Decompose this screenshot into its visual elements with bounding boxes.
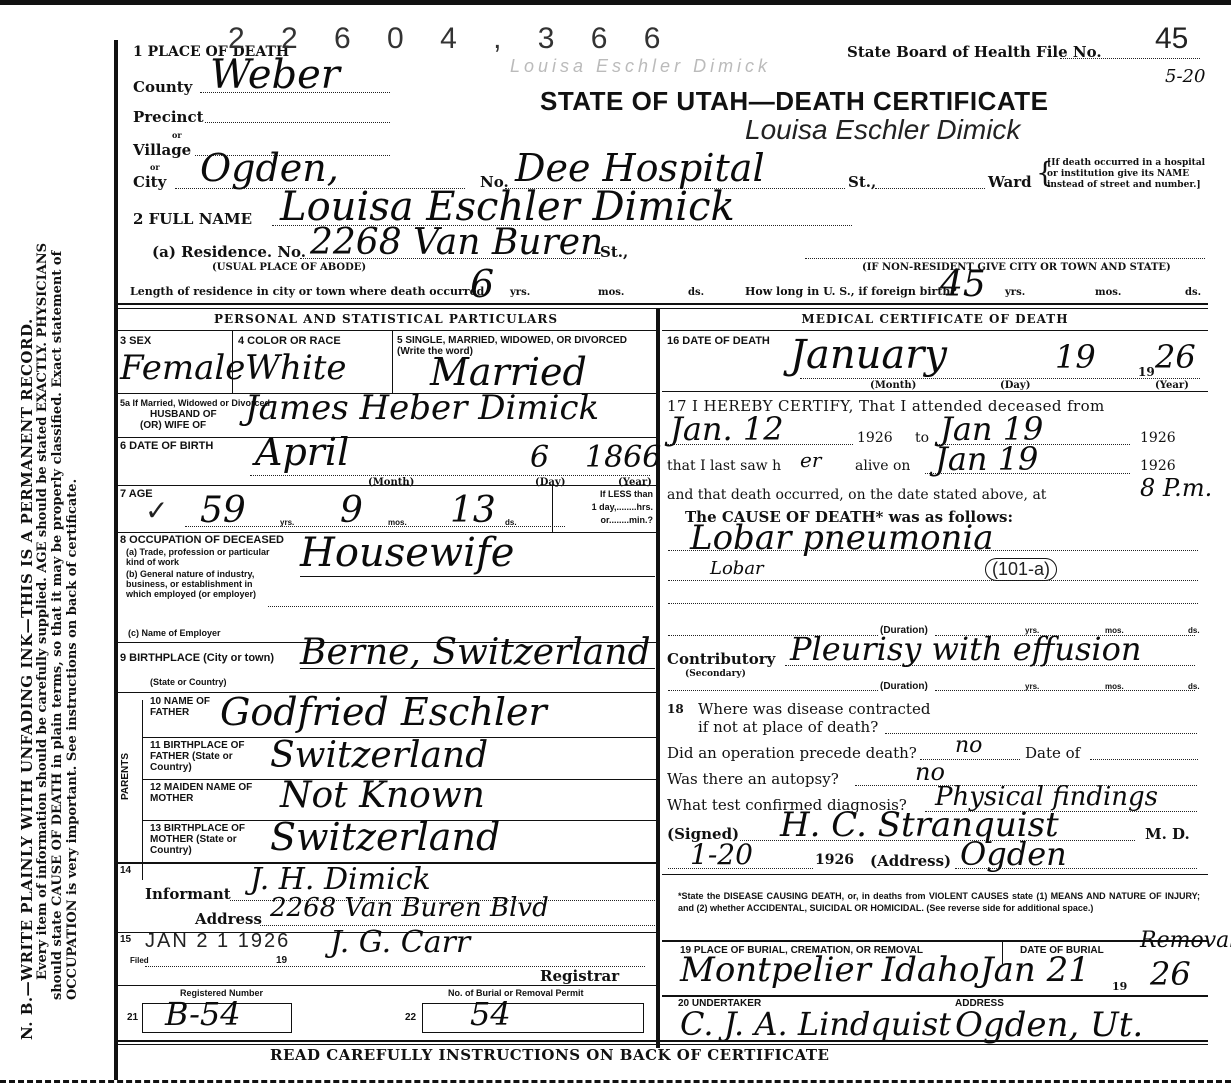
- non-resident-caption: (IF NON-RESIDENT GIVE CITY OR TOWN AND S…: [862, 262, 1171, 273]
- cause-value: Lobar pneumonia: [690, 518, 994, 558]
- physician-address-value: Ogden: [960, 835, 1067, 873]
- stamp-number: 2 2 6 0 4 , 3 6 6: [228, 22, 675, 56]
- residence-value: 2268 Van Buren: [310, 222, 603, 263]
- secondary-label: (Secondary): [685, 669, 746, 679]
- annotation-name: Louisa Eschler Dimick: [745, 114, 1020, 146]
- race-label: 4 COLOR OR RACE: [238, 335, 341, 347]
- length-years-value: 6: [470, 262, 494, 306]
- dod-year-prefix: 19: [1138, 365, 1155, 379]
- filed-19-label: 19: [276, 955, 287, 966]
- informant-address-value: 2268 Van Buren Blvd: [270, 893, 549, 923]
- full-name-label: 2 FULL NAME: [133, 210, 252, 228]
- side-notice-line-1: N. B.—WRITE PLAINLY WITH UNFADING INK—TH…: [20, 30, 35, 1040]
- less-than-line-3: or........min.?: [557, 514, 653, 527]
- day-caption: (Day): [1000, 380, 1030, 391]
- month-caption: (Month): [870, 380, 916, 391]
- father-birthplace-value: Switzerland: [270, 735, 488, 776]
- city-label: City: [133, 173, 166, 191]
- sign-year-value: 1926: [815, 852, 854, 868]
- item-22-label: 22: [405, 1012, 416, 1023]
- contributory-value: Pleurisy with effusion: [790, 630, 1142, 668]
- burial-date-value: Jan 21: [980, 950, 1090, 990]
- st-label: St.,: [600, 243, 628, 261]
- father-birthplace-label: 11 BIRTHPLACE OF FATHER (State or Countr…: [150, 740, 265, 773]
- spouse-value: James Heber Dimick: [245, 388, 599, 428]
- ds-label: ds.: [1185, 287, 1201, 298]
- undertaker-address-value: Ogden, Ut.: [955, 1005, 1143, 1045]
- permit-label: No. of Burial or Removal Permit: [448, 988, 584, 998]
- top-border: [0, 0, 1231, 5]
- ds-label: ds.: [688, 287, 704, 298]
- date-of-label: Date of: [1025, 744, 1080, 762]
- item-18-label: 18: [667, 702, 684, 716]
- or-label: or: [172, 130, 182, 140]
- annotation-top: 5-20: [1165, 66, 1205, 87]
- ds-label: ds.: [505, 518, 517, 527]
- file-no: 45: [1155, 22, 1188, 56]
- mother-value: Not Known: [280, 775, 485, 816]
- item-15-label: 15: [120, 934, 131, 945]
- race-value: White: [245, 348, 347, 388]
- side-notice-line-4: OCCUPATION is very important. See instru…: [65, 30, 80, 1040]
- birthplace-value: Berne, Switzerland: [300, 632, 651, 673]
- day-caption: (Day): [535, 477, 565, 488]
- dod-label: 16 DATE OF DEATH: [667, 335, 770, 347]
- us-residence-label: How long in U. S., if foreign birth?: [745, 285, 957, 298]
- burial-year-value: 26: [1150, 955, 1191, 993]
- or-label: or: [150, 162, 160, 172]
- side-notice-line-2: Every item of information should be care…: [35, 30, 50, 1040]
- less-than-day: If LESS than 1 day,........hrs. or......…: [557, 488, 653, 527]
- residence-label: (a) Residence. No.: [152, 243, 306, 261]
- yrs-label: yrs.: [1025, 682, 1039, 691]
- year-caption: (Year): [1155, 380, 1189, 391]
- informant-value: J. H. Dimick: [250, 862, 431, 897]
- dod-month-value: January: [790, 332, 947, 378]
- father-value: Godfried Eschler: [220, 690, 547, 734]
- operation-label: Did an operation precede death?: [667, 744, 917, 762]
- attended-from-year: 1926: [857, 430, 893, 446]
- footer-instructions: READ CAREFULLY INSTRUCTIONS ON BACK OF C…: [270, 1046, 829, 1064]
- frame-left-border: [114, 40, 118, 1080]
- undertaker-value: C. J. A. Lindquist: [680, 1005, 951, 1043]
- mos-label: mos.: [598, 287, 624, 298]
- permit-number-box: [422, 1003, 644, 1033]
- dob-label: 6 DATE OF BIRTH: [120, 440, 213, 452]
- mos-label: mos.: [388, 518, 407, 527]
- md-label: M. D.: [1145, 825, 1190, 843]
- registrar-label: Registrar: [540, 967, 619, 985]
- ward-label: Ward: [988, 173, 1032, 191]
- dob-year-value: 1866: [585, 440, 661, 475]
- age-years-value: 59: [200, 490, 246, 531]
- faint-name: Louisa Eschler Dimick: [510, 56, 771, 77]
- side-notice: N. B.—WRITE PLAINLY WITH UNFADING INK—TH…: [0, 0, 120, 1060]
- occupation-a-label: (a) Trade, profession or particular kind…: [126, 547, 286, 567]
- item-14-label: 14: [120, 865, 131, 876]
- informant-label: Informant: [145, 885, 231, 903]
- dob-day-value: 6: [530, 440, 549, 475]
- cause-code: (101-a): [985, 558, 1057, 581]
- personal-heading: PERSONAL AND STATISTICAL PARTICULARS: [118, 312, 654, 326]
- ds-label: ds.: [1188, 626, 1200, 635]
- occupation-value: Housewife: [300, 530, 514, 576]
- ds-label: ds.: [1188, 682, 1200, 691]
- dob-month-value: April: [255, 430, 349, 474]
- registered-number-value: B-54: [165, 995, 241, 1033]
- bottom-perforation: [0, 1080, 1231, 1083]
- year-caption: (Year): [618, 477, 652, 488]
- yrs-label: yrs.: [280, 518, 294, 527]
- duration-label: (Duration): [880, 681, 928, 692]
- removal-note: Removal: [1140, 928, 1231, 953]
- age-months-value: 9: [340, 490, 363, 531]
- village-label: Village: [133, 141, 191, 159]
- county-value: Weber: [210, 52, 340, 98]
- death-time-label: and that death occurred, on the date sta…: [667, 487, 1046, 503]
- contributory-label: Contributory: [667, 650, 775, 668]
- sex-label: 3 SEX: [120, 335, 151, 347]
- age-days-value: 13: [450, 490, 496, 531]
- burial-place-value: Montpelier Idaho: [680, 950, 980, 990]
- birthplace-sublabel: (State or Country): [150, 677, 227, 687]
- dod-year-value: 26: [1155, 338, 1196, 376]
- address-label: (Address): [870, 852, 951, 870]
- attended-from-value: Jan. 12: [670, 410, 784, 448]
- us-years-value: 45: [940, 264, 986, 305]
- yrs-label: yrs.: [510, 287, 530, 298]
- less-than-line-2: 1 day,........hrs.: [557, 501, 653, 514]
- cause-note: Lobar: [710, 558, 764, 579]
- to-label: to: [915, 430, 929, 446]
- parents-label: PARENTS: [120, 753, 131, 800]
- county-label: County: [133, 78, 192, 96]
- precinct-label: Precinct: [133, 108, 204, 126]
- alive-on-label: alive on: [855, 458, 910, 474]
- filed-stamp: JAN 2 1 1926: [145, 930, 290, 953]
- page-title: STATE OF UTAH—DEATH CERTIFICATE: [540, 86, 1049, 117]
- usual-abode-caption: (USUAL PLACE OF ABODE): [212, 262, 366, 273]
- ward-note: [If death occurred in a hospital or inst…: [1047, 158, 1207, 191]
- last-saw-date-value: Jan 19: [935, 440, 1038, 478]
- informant-address-label: Address: [195, 910, 262, 928]
- registrar-signature: J. G. Carr: [330, 925, 470, 960]
- birthplace-label: 9 BIRTHPLACE (City or town): [120, 652, 274, 664]
- burial-year-prefix: 19: [1112, 980, 1127, 993]
- yrs-label: yrs.: [1005, 287, 1025, 298]
- q18-text-1: Where was disease contracted: [698, 700, 930, 718]
- death-time-value: 8 P.m.: [1140, 474, 1212, 502]
- last-saw-year: 1926: [1140, 458, 1176, 474]
- employer-label: (c) Name of Employer: [128, 628, 221, 638]
- mother-label: 12 MAIDEN NAME OF MOTHER: [150, 782, 270, 804]
- last-saw-pronoun: er: [800, 448, 821, 472]
- q18-text-2: if not at place of death?: [698, 718, 878, 736]
- sex-value: Female: [120, 348, 245, 388]
- footnote: *State the DISEASE CAUSING DEATH, or, in…: [678, 890, 1200, 914]
- autopsy-label: Was there an autopsy?: [667, 770, 839, 788]
- side-notice-line-3: should state CAUSE OF DEATH in plain ter…: [50, 30, 65, 1040]
- occupation-b-label: (b) General nature of industry, business…: [126, 569, 276, 599]
- item-21-label: 21: [127, 1012, 138, 1023]
- filed-label: Filed: [130, 956, 149, 965]
- check-icon: ✓: [145, 494, 168, 527]
- mos-label: mos.: [1105, 682, 1124, 691]
- mos-label: mos.: [1095, 287, 1121, 298]
- mother-birthplace-label: 13 BIRTHPLACE OF MOTHER (State or Countr…: [150, 823, 270, 856]
- occupation-label: 8 OCCUPATION OF DECEASED: [120, 534, 284, 546]
- medical-heading: MEDICAL CERTIFICATE OF DEATH: [662, 312, 1208, 326]
- father-label: 10 NAME OF FATHER: [150, 696, 230, 718]
- last-saw-label: that I last saw h: [667, 458, 781, 474]
- length-residence-label: Length of residence in city or town wher…: [130, 285, 484, 298]
- permit-number-value: 54: [470, 995, 511, 1033]
- attended-to-year: 1926: [1140, 430, 1176, 446]
- dod-day-value: 19: [1055, 338, 1096, 376]
- sign-date-value: 1-20: [690, 838, 753, 871]
- month-caption: (Month): [368, 477, 414, 488]
- st-label: St.,: [848, 173, 876, 191]
- mother-birthplace-value: Switzerland: [270, 815, 500, 859]
- less-than-line-1: If LESS than: [557, 488, 653, 501]
- operation-value: no: [955, 733, 982, 758]
